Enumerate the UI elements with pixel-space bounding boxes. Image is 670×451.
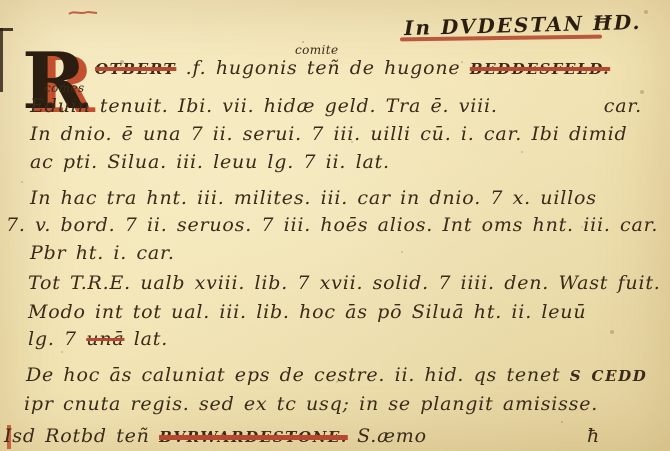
- manuscript-line: Isd Rotbd teñ BVRWARDESTONE. S.æmoħ: [4, 423, 600, 450]
- manuscript-line: Tot T.R.E. ualb xviii. lib. 7 xvii. soli…: [28, 270, 661, 297]
- manuscript-line: Modo int tot ual. iii. lib. hoc ās pō Si…: [28, 299, 586, 326]
- struck-word-una: unā: [86, 326, 124, 353]
- line-text: S.æmo: [348, 423, 427, 450]
- manuscript-line: De hoc ās caluniat eps de cestre. ii. hi…: [26, 362, 647, 389]
- struck-name-otbert: OTBERT: [95, 56, 176, 83]
- line-text: In dnio. ē una 7 ii. serui. 7 iii. uilli…: [30, 121, 627, 148]
- hundred-heading: In DVDESTAN ĦD.: [404, 10, 642, 40]
- line-text: Modo int tot ual. iii. lib. hoc ās pō Si…: [28, 299, 586, 326]
- line-text: 7. v. bord. 7 ii. seruos. 7 iii. hoēs al…: [6, 212, 658, 239]
- manuscript-page: In DVDESTAN ĦD. R R OTBERT .f. hugonis t…: [0, 0, 670, 451]
- line-text: De hoc ās caluniat eps de cestre. ii. hi…: [26, 362, 570, 389]
- saint-chad-caps: S CEDD: [570, 363, 648, 390]
- manuscript-line: ac pti. Silua. iii. leuu lg. 7 ii. lat.: [30, 149, 390, 176]
- manuscript-line: 7. v. bord. 7 ii. seruos. 7 iii. hoēs al…: [6, 212, 658, 239]
- line-text: Tot T.R.E. ualb xviii. lib. 7 xvii. soli…: [28, 270, 661, 297]
- line-text: ipr cnuta regis. sed ex tc usq; in se pl…: [24, 391, 598, 418]
- struck-place-beddesfeld: BEDDESFELD.: [470, 56, 610, 83]
- line-text: Isd Rotbd teñ: [4, 423, 159, 450]
- line-text: In hac tra hnt. iii. milites. iii. car i…: [30, 185, 597, 212]
- red-pen-mark: [68, 9, 98, 17]
- line-text: lg. 7: [28, 326, 86, 353]
- interlinear-comite: comite: [295, 44, 339, 56]
- parchment-specks: [0, 0, 2, 2]
- manuscript-line: lg. 7 unā lat.: [28, 326, 168, 353]
- manuscript-line: Pbr ht. i. car.: [30, 240, 175, 267]
- manuscript-line: In dnio. ē una 7 ii. serui. 7 iii. uilli…: [30, 121, 627, 148]
- manuscript-line: comesEduin tenuit. Ibi. vii. hidæ geld. …: [30, 93, 642, 120]
- line-tail: ħ: [587, 423, 600, 450]
- line-text: Eduin tenuit. Ibi. vii. hidæ geld. Tra ē…: [30, 93, 498, 120]
- tenant-clause: .f. hugonis teñ de hugone: [176, 55, 470, 82]
- manuscript-line: ipr cnuta regis. sed ex tc usq; in se pl…: [24, 391, 598, 418]
- line-text: Pbr ht. i. car.: [30, 240, 175, 267]
- manuscript-line: In hac tra hnt. iii. milites. iii. car i…: [30, 185, 597, 212]
- struck-place-burwardestone: BVRWARDESTONE.: [159, 424, 348, 451]
- ruling-line-vertical: [0, 28, 3, 92]
- manuscript-line: OTBERT .f. hugonis teñ de hugone comiteB…: [95, 55, 610, 82]
- line-text: lat.: [124, 326, 168, 353]
- line-text: ac pti. Silua. iii. leuu lg. 7 ii. lat.: [30, 149, 390, 176]
- line-tail: car.: [604, 93, 642, 120]
